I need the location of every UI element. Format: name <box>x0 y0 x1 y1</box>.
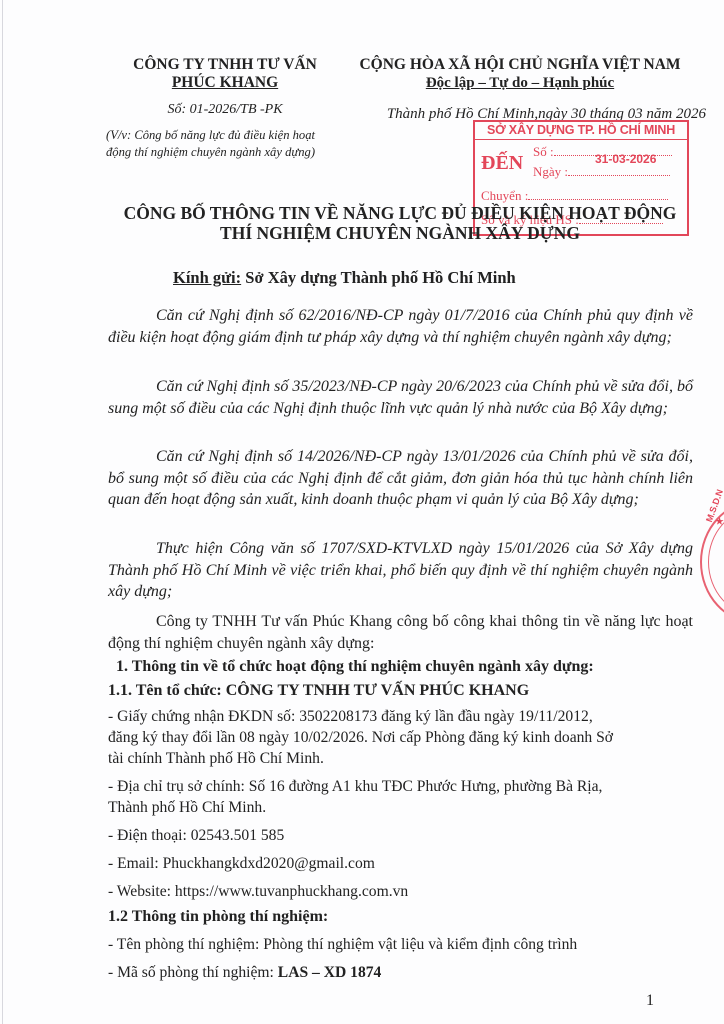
page-number: 1 <box>646 992 654 1010</box>
title-line1: CÔNG BỐ THÔNG TIN VỀ NĂNG LỰC ĐỦ ĐIỀU KI… <box>100 203 700 223</box>
subject-line2: động thí nghiệm chuyên ngành xây dựng) <box>100 144 350 161</box>
national-motto: Độc lập – Tự do – Hạnh phúc <box>320 74 720 92</box>
lab-code-label: - Mã số phòng thí nghiệm: <box>108 964 278 981</box>
legal-basis-2: Căn cứ Nghị định số 35/2023/NĐ-CP ngày 2… <box>108 376 693 419</box>
website-link[interactable]: https://www.tuvanphuckhang.com.vn <box>175 883 408 900</box>
page-edge <box>2 0 3 1024</box>
title-line2: THÍ NGHIỆM CHUYÊN NGÀNH XÂY DỰNG <box>100 223 700 243</box>
business-cert-line2: đăng ký thay đổi lần 08 ngày 10/02/2026.… <box>108 727 613 749</box>
lab-name: - Tên phòng thí nghiệm: Phòng thí nghiệm… <box>108 934 577 956</box>
website-row: - Website: https://www.tuvanphuckhang.co… <box>108 881 408 903</box>
section1-heading: 1. Thông tin về tổ chức hoạt động thí ng… <box>116 656 594 678</box>
republic-title: CỘNG HÒA XÃ HỘI CHỦ NGHĨA VIỆT NAM <box>320 56 720 74</box>
national-heading: CỘNG HÒA XÃ HỘI CHỦ NGHĨA VIỆT NAM Độc l… <box>320 56 720 123</box>
recipient-name: Sở Xây dựng Thành phố Hồ Chí Minh <box>241 268 516 287</box>
intro-paragraph: Công ty TNHH Tư vấn Phúc Khang công bố c… <box>108 611 693 654</box>
email-value[interactable]: Phuckhangkdxd2020@gmail.com <box>163 855 375 872</box>
recipient: Kính gửi: Sở Xây dựng Thành phố Hồ Chí M… <box>173 268 516 288</box>
stamp-agency: SỞ XÂY DỰNG TP. HỒ CHÍ MINH <box>475 122 687 140</box>
subject-line1: (V/v: Công bố năng lực đủ điều kiện hoạt <box>100 127 350 144</box>
lab-code-row: - Mã số phòng thí nghiệm: LAS – XD 1874 <box>108 962 381 984</box>
company-name-line1: CÔNG TY TNHH TƯ VẤN <box>100 56 350 74</box>
company-name-line2: PHÚC KHANG <box>100 74 350 92</box>
email-label: - Email: <box>108 855 163 872</box>
address-line2: Thành phố Hồ Chí Minh. <box>108 797 266 819</box>
stamp-ngay-row: Ngày : <box>533 164 670 180</box>
business-cert-line3: tài chính Thành phố Hồ Chí Minh. <box>108 748 324 770</box>
address-line1: - Địa chỉ trụ sở chính: Số 16 đường A1 k… <box>108 776 602 798</box>
business-cert-line1: - Giấy chứng nhận ĐKDN số: 3502208173 đă… <box>108 706 593 728</box>
lab-code: LAS – XD 1874 <box>278 964 382 981</box>
recipient-label: Kính gửi: <box>173 268 241 287</box>
stamp-ngay-label: Ngày : <box>533 164 568 179</box>
document-number: Số: 01-2026/TB -PK <box>100 102 350 118</box>
section12-heading: 1.2 Thông tin phòng thí nghiệm: <box>108 906 328 928</box>
website-label: - Website: <box>108 883 175 900</box>
legal-basis-4: Thực hiện Công văn số 1707/SXD-KTVLXD ng… <box>108 538 693 603</box>
stamp-den: ĐẾN <box>481 152 523 175</box>
email-row: - Email: Phuckhangkdxd2020@gmail.com <box>108 853 375 875</box>
issuer-block: CÔNG TY TNHH TƯ VẤN PHÚC KHANG Số: 01-20… <box>100 56 350 161</box>
stamp-so-label: Số : <box>533 144 554 159</box>
stamp-chuyen-row: Chuyển : <box>481 188 668 204</box>
phone: - Điện thoại: 02543.501 585 <box>108 825 284 847</box>
legal-basis-3: Căn cứ Nghị định số 14/2026/NĐ-CP ngày 1… <box>108 446 693 511</box>
stamp-chuyen-label: Chuyển : <box>481 188 528 203</box>
legal-basis-1: Căn cứ Nghị định số 62/2016/NĐ-CP ngày 0… <box>108 305 693 348</box>
org-name-heading: 1.1. Tên tổ chức: CÔNG TY TNHH TƯ VẤN PH… <box>108 680 529 702</box>
document-title: CÔNG BỐ THÔNG TIN VỀ NĂNG LỰC ĐỦ ĐIỀU KI… <box>100 203 700 243</box>
